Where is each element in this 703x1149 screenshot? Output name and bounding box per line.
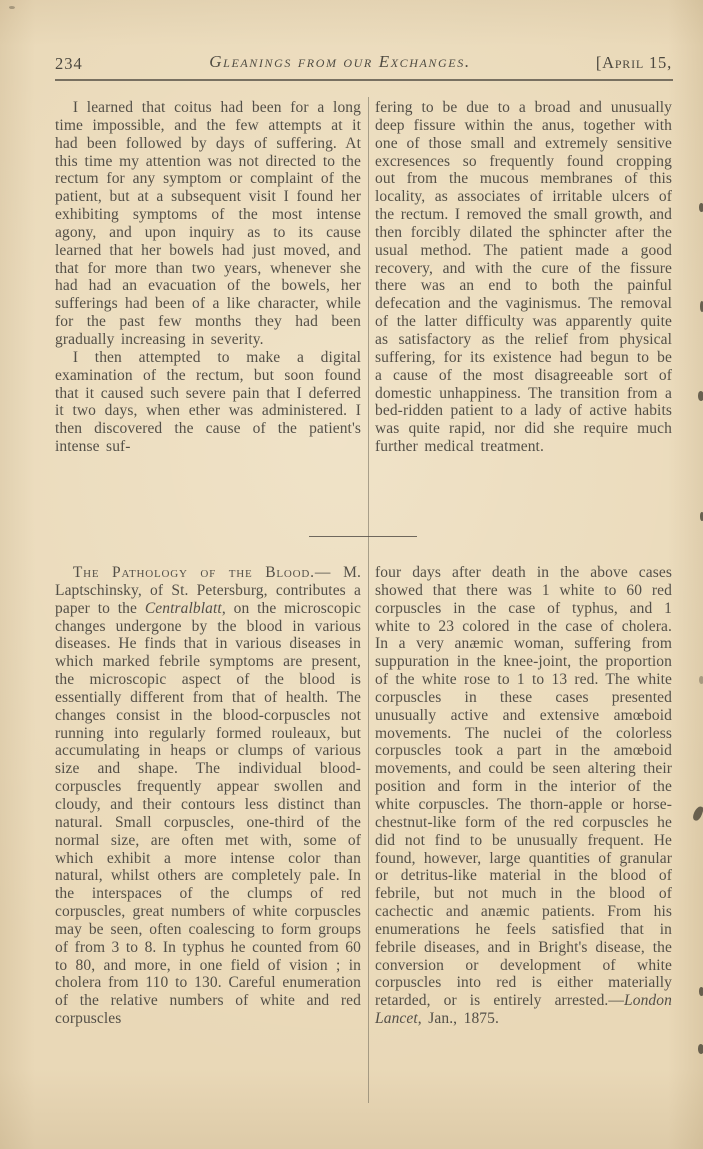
ink-speck: [699, 676, 703, 684]
running-head-title: Gleanings from our Exchanges.: [100, 52, 580, 72]
article2-paragraph: The Pathology of the Blood.— M. Laptschi…: [55, 564, 361, 1028]
article1-right-column: fering to be due to a broad and unusuall…: [375, 99, 672, 456]
running-head-date: [April 15,: [596, 53, 672, 73]
article2-heading: The Pathology of the Blood.—: [73, 564, 331, 581]
article1-paragraph-continuation: fering to be due to a broad and unusuall…: [375, 99, 672, 456]
ink-speck: [692, 805, 703, 822]
article2-right-column: four days after death in the above cases…: [375, 564, 672, 1028]
ink-speck: [698, 391, 703, 401]
article1-paragraph-1: I learned that coitus had been for a lon…: [55, 99, 361, 349]
ink-speck: [698, 1044, 703, 1054]
article2-text-continuation: four days after death in the above cases…: [375, 564, 672, 1009]
journal-page: 234 Gleanings from our Exchanges. [April…: [0, 0, 703, 1149]
ink-speck: [9, 6, 15, 9]
article2-journal-name: Centralblatt: [145, 600, 222, 617]
header-rule: [55, 79, 673, 81]
column-divider-rule: [368, 97, 369, 1103]
ink-speck: [699, 987, 703, 996]
article1-left-column: I learned that coitus had been for a lon…: [55, 99, 361, 456]
article1-paragraph-2: I then attempted to make a digital exami…: [55, 349, 361, 456]
article2-citation-date: , Jan., 1875.: [418, 1010, 499, 1027]
ink-speck: [699, 203, 703, 212]
article2-paragraph-continuation: four days after death in the above cases…: [375, 564, 672, 1028]
article2-text-body: , on the microscopic changes undergone b…: [55, 600, 361, 1027]
page-number: 234: [55, 54, 83, 74]
section-divider-rule: [309, 536, 417, 537]
article2-left-column: The Pathology of the Blood.— M. Laptschi…: [55, 564, 361, 1028]
